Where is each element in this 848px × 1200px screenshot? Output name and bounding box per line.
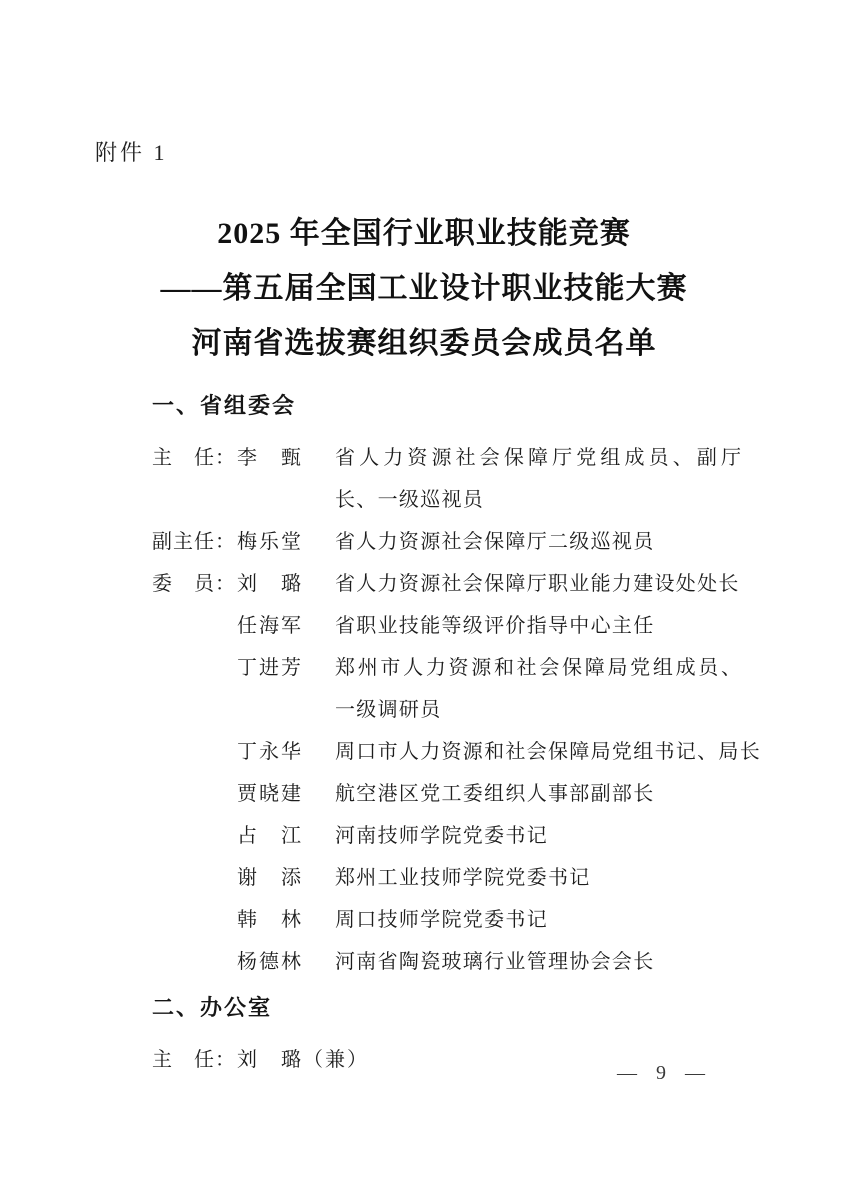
member-row: 任海军 省职业技能等级评价指导中心主任 [152, 605, 764, 647]
member-row: 占 江 河南技师学院党委书记 [152, 815, 764, 857]
role-label [152, 773, 237, 815]
role-label: 副主任： [152, 521, 237, 563]
description-line: 河南技师学院党委书记 [335, 815, 741, 857]
role-label: 主 任： [152, 1039, 237, 1081]
role-label: 主 任： [152, 437, 237, 521]
member-description: 河南省陶瓷玻璃行业管理协会会长 [335, 941, 741, 983]
member-name: 梅乐堂 [237, 521, 335, 563]
member-description: 省人力资源社会保障厅二级巡视员 [335, 521, 741, 563]
role-label [152, 857, 237, 899]
member-name: 丁进芳 [237, 647, 335, 731]
section-heading-office: 二、办公室 [152, 985, 764, 1031]
description-line: 一级调研员 [335, 689, 741, 731]
member-row: 副主任： 梅乐堂 省人力资源社会保障厅二级巡视员 [152, 521, 764, 563]
description-line: 长、一级巡视员 [335, 479, 741, 521]
member-description: 河南技师学院党委书记 [335, 815, 741, 857]
description-line: 省人力资源社会保障厅职业能力建设处处长 [335, 563, 741, 605]
description-line: 郑州工业技师学院党委书记 [335, 857, 741, 899]
description-line: 省人力资源社会保障厅党组成员、副厅 [335, 437, 741, 479]
member-row: 杨德林 河南省陶瓷玻璃行业管理协会会长 [152, 941, 764, 983]
member-name: 杨德林 [237, 941, 335, 983]
member-row: 贾晓建 航空港区党工委组织人事部副部长 [152, 773, 764, 815]
member-name: 刘 璐 [237, 563, 335, 605]
member-name: 任海军 [237, 605, 335, 647]
member-row: 丁进芳 郑州市人力资源和社会保障局党组成员、 一级调研员 [152, 647, 764, 731]
description-line: 河南省陶瓷玻璃行业管理协会会长 [335, 941, 741, 983]
member-description: 省人力资源社会保障厅党组成员、副厅 长、一级巡视员 [335, 437, 741, 521]
role-label [152, 605, 237, 647]
role-label [152, 815, 237, 857]
member-description: 郑州工业技师学院党委书记 [335, 857, 741, 899]
member-description: 周口技师学院党委书记 [335, 899, 741, 941]
member-name: 占 江 [237, 815, 335, 857]
role-label [152, 647, 237, 731]
member-name: 刘 璐（兼） [237, 1039, 335, 1081]
section-heading-provincial-committee: 一、省组委会 [152, 383, 764, 429]
member-row: 丁永华 周口市人力资源和社会保障局党组书记、局长 [152, 731, 764, 773]
description-line: 省人力资源社会保障厅二级巡视员 [335, 521, 741, 563]
member-name: 李 甄 [237, 437, 335, 521]
description-line: 周口技师学院党委书记 [335, 899, 741, 941]
member-name: 韩 林 [237, 899, 335, 941]
description-line: 周口市人力资源和社会保障局党组书记、局长 [335, 731, 741, 773]
member-description: 航空港区党工委组织人事部副部长 [335, 773, 741, 815]
attachment-label: 附件 1 [95, 136, 168, 167]
title-line-2: ——第五届全国工业设计职业技能大赛 [0, 261, 848, 316]
member-row: 委 员： 刘 璐 省人力资源社会保障厅职业能力建设处处长 [152, 563, 764, 605]
document-title: 2025 年全国行业职业技能竞赛 ——第五届全国工业设计职业技能大赛 河南省选拔… [0, 206, 848, 371]
role-label [152, 731, 237, 773]
title-line-3: 河南省选拔赛组织委员会成员名单 [0, 316, 848, 371]
member-description: 周口市人力资源和社会保障局党组书记、局长 [335, 731, 741, 773]
description-line: 航空港区党工委组织人事部副部长 [335, 773, 741, 815]
member-name: 贾晓建 [237, 773, 335, 815]
section-1-rows: 主 任： 李 甄 省人力资源社会保障厅党组成员、副厅 长、一级巡视员 副主任： … [152, 437, 764, 983]
member-description: 省职业技能等级评价指导中心主任 [335, 605, 741, 647]
role-label [152, 899, 237, 941]
member-name: 丁永华 [237, 731, 335, 773]
description-line: 省职业技能等级评价指导中心主任 [335, 605, 741, 647]
role-label: 委 员： [152, 563, 237, 605]
member-row: 主 任： 李 甄 省人力资源社会保障厅党组成员、副厅 长、一级巡视员 [152, 437, 764, 521]
page-number: — 9 — [617, 1062, 712, 1085]
member-description: 省人力资源社会保障厅职业能力建设处处长 [335, 563, 741, 605]
document-page: 附件 1 2025 年全国行业职业技能竞赛 ——第五届全国工业设计职业技能大赛 … [0, 0, 848, 1200]
title-line-1: 2025 年全国行业职业技能竞赛 [0, 206, 848, 261]
member-name: 谢 添 [237, 857, 335, 899]
document-body: 一、省组委会 主 任： 李 甄 省人力资源社会保障厅党组成员、副厅 长、一级巡视… [152, 383, 764, 1081]
role-label [152, 941, 237, 983]
description-line: 郑州市人力资源和社会保障局党组成员、 [335, 647, 741, 689]
member-row: 谢 添 郑州工业技师学院党委书记 [152, 857, 764, 899]
member-description: 郑州市人力资源和社会保障局党组成员、 一级调研员 [335, 647, 741, 731]
member-row: 韩 林 周口技师学院党委书记 [152, 899, 764, 941]
